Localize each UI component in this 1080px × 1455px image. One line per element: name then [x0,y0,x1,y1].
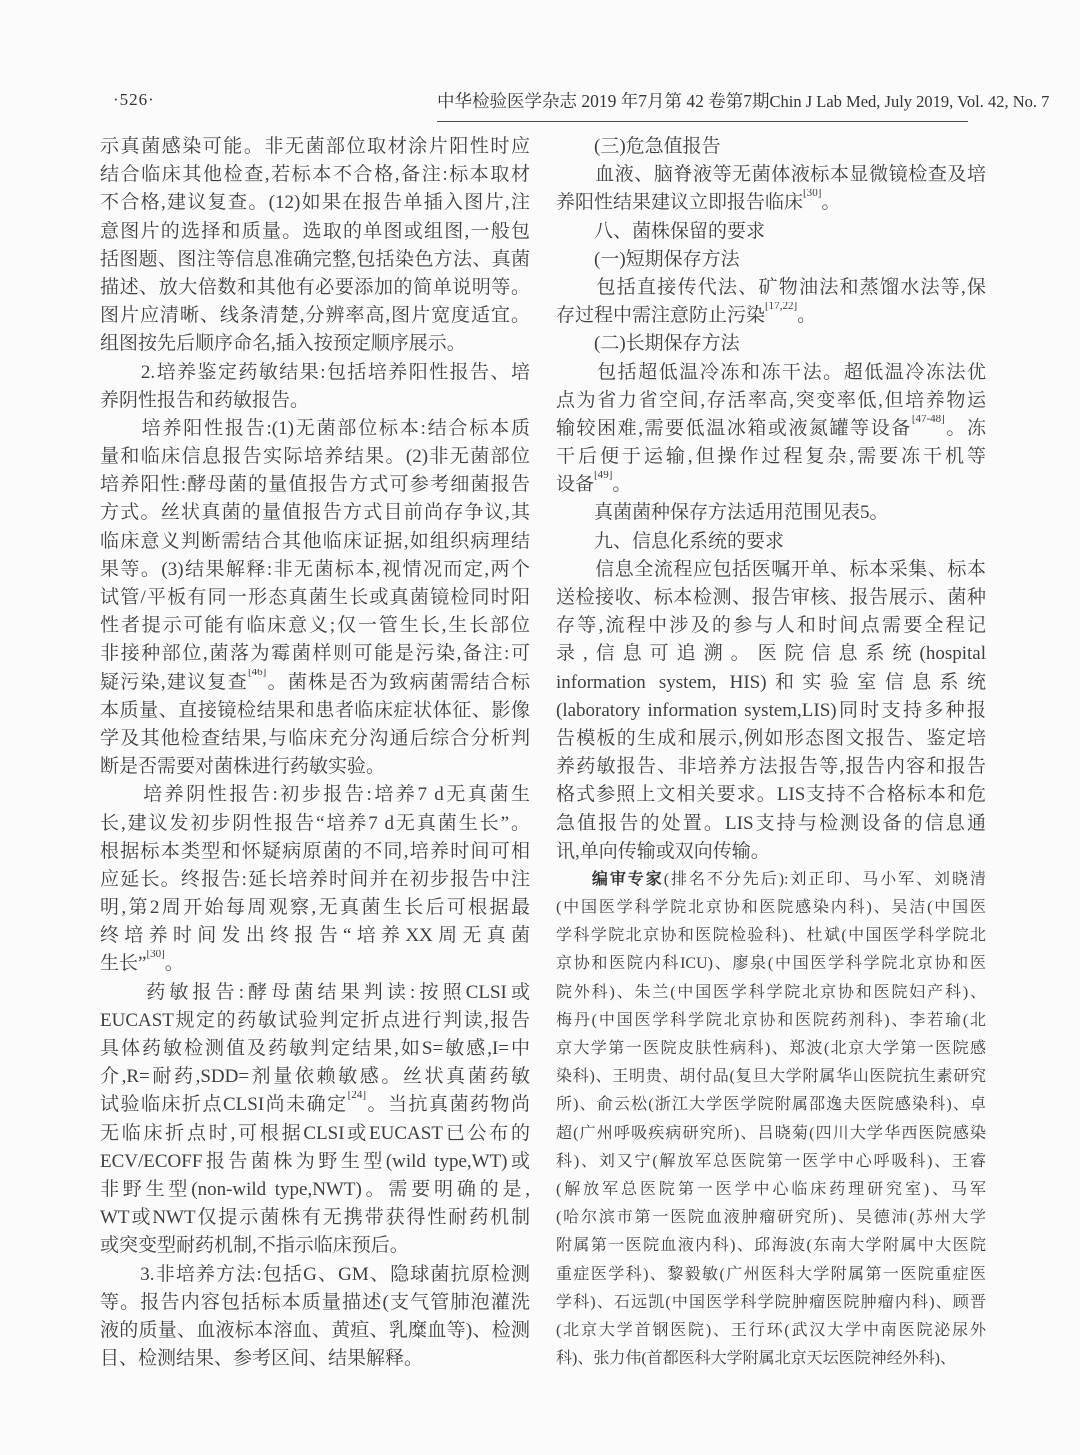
text-line: 非野生型(non-wild type,NWT)。需要明确的是, [100,1176,530,1204]
text-line: 2.培养鉴定药敏结果:包括培养阳性报告、培 [100,359,530,387]
journal-title-zh: 中华检验医学杂志 2019 年7月第 42 卷第7期 [437,88,770,113]
text-line: 培养阳性:酵母菌的量值报告方式可参考细菌报告 [100,471,530,499]
text-line: (二)长期保存方法 [556,330,986,358]
text-line: 介,R=耐药,SDD=剂量依赖敏感。丝状真菌药敏 [100,1063,530,1091]
text-line: 超(广州呼吸疾病研究所)、吕晓菊(四川大学华西医院感染 [556,1120,986,1148]
text-line: (北京大学首钢医院)、王行环(武汉大学中南医院泌尿外 [556,1317,986,1345]
text-line: 括图题、图注等信息准确完整,包括染色方法、真菌 [100,246,530,274]
text-line: 根据标本类型和怀疑病原菌的不同,培养时间可相 [100,838,530,866]
text-line: 点为省力省空间,存活率高,突变率低,但培养物运 [556,387,986,415]
text-line: (laboratory information system,LIS)同时支持多… [556,697,986,725]
text-line: 重症医学科)、黎毅敏(广州医科大学附属第一医院重症医 [556,1261,986,1289]
text-line: 格式参照上文相关要求。LIS支持不合格标本和危 [556,781,986,809]
text-line: 梅丹(中国医学科学院北京协和医院药剂科)、李若瑜(北 [556,1007,986,1035]
text-line: 包括超低温冷冻和冻干法。超低温冷冻法优 [556,359,986,387]
text-line: 养阳性结果建议立即报告临床[30]。 [556,189,986,217]
text-line: 液的质量、血液标本溶血、黄疸、乳糜血等)、检测项 [100,1317,530,1345]
text-line: 科)、张力伟(首都医科大学附属北京天坛医院神经外科)、 [556,1345,986,1373]
text-line: 示真菌感染可能。非无菌部位取材涂片阳性时应 [100,133,530,161]
text-line: information system, HIS)和实验室信息系统 [556,669,986,697]
text-line: 生长”[30]。 [100,950,530,978]
text-line: 信息全流程应包括医嘱开单、标本采集、标本 [556,556,986,584]
text-line: 九、信息化系统的要求 [556,528,986,556]
text-line: 终培养时间发出终报告“培养XX周无真菌 [100,922,530,950]
text-line: 急值报告的处置。LIS支持与检测设备的信息通 [556,810,986,838]
text-line: 临床意义判断需结合其他临床证据,如组织病理结 [100,528,530,556]
journal-title: 中华检验医学杂志 2019 年7月第 42 卷第7期 Chin J Lab Me… [437,88,968,122]
text-line: 非接种部位,菌落为霉菌样则可能是污染,备注:可 [100,640,530,668]
text-line: 本质量、直接镜检结果和患者临床症状体征、影像 [100,697,530,725]
text-line: 染科)、王明贵、胡付品(复旦大学附属华山医院抗生素研究 [556,1063,986,1091]
text-line: 或突变型耐药机制,不指示临床预后。 [100,1232,530,1260]
text-line: 培养阳性报告:(1)无菌部位标本:结合标本质 [100,415,530,443]
text-line: 讯,单向传输或双向传输。 [556,838,986,866]
text-line: 方式。丝状真菌的量值报告方式目前尚存争议,其 [100,499,530,527]
text-line: 量和临床信息报告实际培养结果。(2)非无菌部位 [100,443,530,471]
text-line: EUCAST规定的药敏试验判定折点进行判读,报告 [100,1007,530,1035]
text-line: (哈尔滨市第一医院血液肿瘤研究所)、吴德沛(苏州大学 [556,1204,986,1232]
text-line: 编审专家(排名不分先后):刘正印、马小军、刘晓清 [556,866,986,894]
text-line: 学及其他检查结果,与临床充分沟通后综合分析判 [100,725,530,753]
text-line: 所)、俞云松(浙江大学医学院附属邵逸夫医院感染科)、卓 [556,1091,986,1119]
text-line: 药敏报告:酵母菌结果判读:按照CLSI或 [100,979,530,1007]
text-line: 试管/平板有同一形态真菌生长或真菌镜检同时阳 [100,584,530,612]
text-line: 干后便于运输,但操作过程复杂,需要冻干机等 [556,443,986,471]
text-line: (解放军总医院第一医学中心临床药理研究室)、马军 [556,1176,986,1204]
text-line: 性者提示可能有临床意义;仅一管生长,生长部位 [100,612,530,640]
text-line: 等。报告内容包括标本质量描述(支气管肺泡灌洗 [100,1289,530,1317]
text-line: 3.非培养方法:包括G、GM、隐球菌抗原检测 [100,1261,530,1289]
text-line: 疑污染,建议复查[46]。菌株是否为致病菌需结合标 [100,669,530,697]
right-column: (三)危急值报告 血液、脑脊液等无菌体液标本显微镜检查及培养阳性结果建议立即报告… [556,133,986,1373]
text-line: 培养阴性报告:初步报告:培养7 d无真菌生 [100,781,530,809]
text-line: 科)、刘又宁(解放军总医院第一医学中心呼吸科)、王睿 [556,1148,986,1176]
text-line: 不合格,建议复查。(12)如果在报告单插入图片,注 [100,189,530,217]
text-line: 附属第一医院血液内科)、邱海波(东南大学附属中大医院 [556,1232,986,1260]
text-line: 设备[49]。 [556,471,986,499]
page-number: ·526· [113,90,155,110]
text-line: 结合临床其他检查,若标本不合格,备注:标本取材 [100,161,530,189]
page-header: ·526· 中华检验医学杂志 2019 年7月第 42 卷第7期 Chin J … [0,88,1080,118]
text-line: 血液、脑脊液等无菌体液标本显微镜检查及培 [556,161,986,189]
text-line: (一)短期保存方法 [556,246,986,274]
text-line: 告模板的生成和展示,例如形态图文报告、鉴定培 [556,725,986,753]
text-line: 图片应清晰、线条清楚,分辨率高,图片宽度适宜。 [100,302,530,330]
text-line: 长,建议发初步阴性报告“培养7 d无真菌生长”。 [100,810,530,838]
journal-page: ·526· 中华检验医学杂志 2019 年7月第 42 卷第7期 Chin J … [0,0,1080,1455]
text-line: (中国医学科学院北京协和医院感染内科)、吴洁(中国医 [556,894,986,922]
text-line: 应延长。终报告:延长培养时间并在初步报告中注 [100,866,530,894]
text-line: ECV/ECOFF报告菌株为野生型(wild type,WT)或 [100,1148,530,1176]
text-line: 无临床折点时,可根据CLSI或EUCAST已公布的 [100,1120,530,1148]
text-line: 院外科)、朱兰(中国医学科学院北京协和医院妇产科)、 [556,979,986,1007]
text-line: 意图片的选择和质量。选取的单图或组图,一般包 [100,218,530,246]
text-line: 真菌菌种保存方法适用范围见表5。 [556,499,986,527]
text-line: 果等。(3)结果解释:非无菌标本,视情况而定,两个 [100,556,530,584]
text-line: 八、菌株保留的要求 [556,218,986,246]
text-line: 具体药敏检测值及药敏判定结果,如S=敏感,I=中 [100,1035,530,1063]
text-line: (三)危急值报告 [556,133,986,161]
text-line: 送检接收、标本检测、报告审核、报告展示、菌种保 [556,584,986,612]
text-line: 存过程中需注意防止污染[17,22]。 [556,302,986,330]
text-line: 描述、放大倍数和其他有必要添加的简单说明等。 [100,274,530,302]
text-line: 断是否需要对菌株进行药敏实验。 [100,753,530,781]
text-line: 存等,流程中涉及的参与人和时间点需要全程记 [556,612,986,640]
text-line: 试验临床折点CLSI尚未确定[24]。当抗真菌药物尚 [100,1091,530,1119]
text-line: 养阴性报告和药敏报告。 [100,387,530,415]
text-line: 京大学第一医院皮肤性病科)、郑波(北京大学第一医院感 [556,1035,986,1063]
text-line: 输较困难,需要低温冰箱或液氮罐等设备[47-48]。冻 [556,415,986,443]
text-line: 养药敏报告、非培养方法报告等,报告内容和报告 [556,753,986,781]
text-line: 目、检测结果、参考区间、结果解释。 [100,1345,530,1373]
text-line: 京协和医院内科ICU)、廖泉(中国医学科学院北京协和医 [556,950,986,978]
text-line: 包括直接传代法、矿物油法和蒸馏水法等,保 [556,274,986,302]
text-line: WT或NWT仅提示菌株有无携带获得性耐药机制 [100,1204,530,1232]
text-line: 明,第2周开始每周观察,无真菌生长后可根据最 [100,894,530,922]
text-line: 学科学院北京协和医院检验科)、杜斌(中国医学科学院北 [556,922,986,950]
text-line: 组图按先后顺序命名,插入按预定顺序展示。 [100,330,530,358]
text-line: 录,信息可追溯。医院信息系统(hospital [556,640,986,668]
text-line: 学科)、石远凯(中国医学科学院肿瘤医院肿瘤内科)、顾晋 [556,1289,986,1317]
left-column: 示真菌感染可能。非无菌部位取材涂片阳性时应结合临床其他检查,若标本不合格,备注:… [100,133,530,1373]
journal-title-en: Chin J Lab Med, July 2019, Vol. 42, No. … [770,92,1050,112]
